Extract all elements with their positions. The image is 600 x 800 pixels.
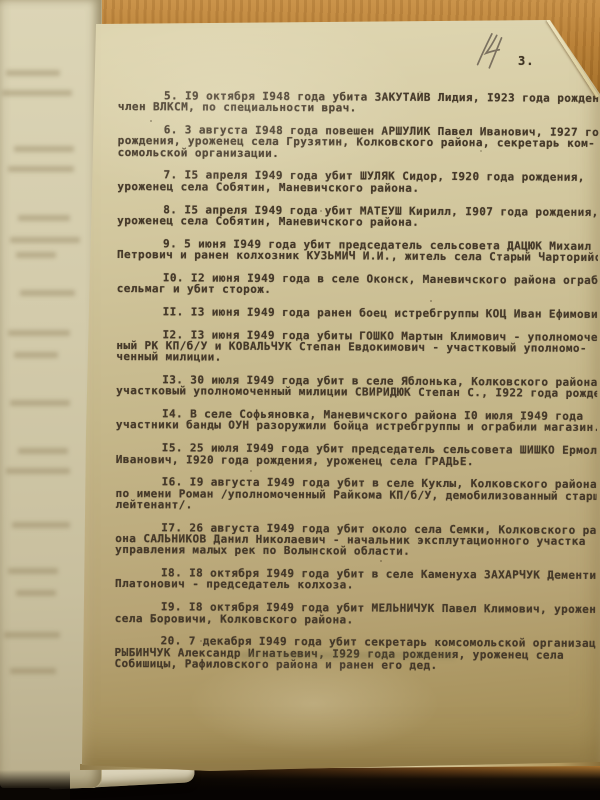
- ghost-text: [10, 668, 56, 674]
- paragraph: 7. I5 апреля I949 года убит ШУЛЯК Сидор,…: [117, 169, 598, 195]
- paragraph: I5. 25 июля I949 года убит председатель …: [116, 442, 597, 468]
- text-line: участковый уполномоченный милиции СВИРИД…: [116, 385, 597, 399]
- paragraph: I9. I8 октября I949 года убит МЕЛЬНИЧУК …: [115, 601, 596, 627]
- document-text: 5. I9 октября I948 года убита ЗАКУТАЙВ Л…: [114, 90, 599, 693]
- paragraph: I6. I9 августа I949 года убит в селе Кук…: [115, 476, 596, 513]
- shadow-area: [0, 770, 70, 800]
- ghost-text: [20, 290, 75, 296]
- paragraph: 8. I5 апреля I949 года убит МАТЕУШ Кирил…: [117, 204, 598, 230]
- text-line: II. I3 июня I949 года ранен боец истребг…: [117, 306, 598, 320]
- ghost-text: [8, 330, 70, 336]
- ghost-text: [10, 400, 70, 406]
- paragraph: 6. 3 августа I948 года повешен АРШУЛИК П…: [118, 124, 599, 161]
- ghost-text: [6, 70, 60, 76]
- ink-smudge: [240, 652, 455, 659]
- text-line: участники банды ОУН разоружили бойца ист…: [116, 419, 597, 433]
- paragraph: I3. 30 июля I949 года убит в селе Яблонь…: [116, 374, 597, 400]
- ghost-text: [10, 237, 80, 243]
- paragraph: I0. I2 июня I949 года в селе Оконск, Ман…: [117, 272, 598, 298]
- paragraph: I4. В селе Софьяновка, Маневичского райо…: [116, 408, 597, 434]
- ghost-text: [14, 146, 74, 152]
- paragraph: II. I3 июня I949 года ранен боец истребг…: [117, 306, 598, 320]
- ghost-text: [8, 166, 74, 172]
- ghost-text: [16, 252, 56, 258]
- paragraph: 5. I9 октября I948 года убита ЗАКУТАЙВ Л…: [118, 90, 599, 116]
- paragraph: I7. 26 августа I949 года убит около села…: [115, 522, 596, 559]
- ghost-text: [18, 448, 68, 454]
- ghost-text: [8, 568, 58, 574]
- ghost-text: [18, 215, 70, 221]
- paragraph: I2. I3 июня I949 года убиты ГОШКО Мартын…: [116, 329, 597, 366]
- ghost-text: [14, 352, 58, 358]
- text-line: Петрович и ранен колхозник КУЗЬМИЧ И.И.,…: [117, 249, 598, 263]
- ghost-text: [6, 468, 70, 474]
- handwritten-mark: [472, 28, 512, 76]
- paragraph: I8. I8 октября I949 года убит в селе Кам…: [115, 567, 596, 593]
- photographed-document-scene: 3. 5. I9 октября I948 года убита ЗАКУТАЙ…: [0, 0, 600, 800]
- ghost-text: [12, 522, 70, 528]
- document-page: 3. 5. I9 октября I948 года убита ЗАКУТАЙ…: [70, 14, 600, 772]
- page-number: 3.: [518, 54, 534, 68]
- ghost-text: [4, 632, 60, 638]
- ghost-text: [16, 590, 56, 596]
- ghost-text: [2, 90, 72, 96]
- paragraph: 9. 5 июня I949 года убит председатель се…: [117, 238, 598, 264]
